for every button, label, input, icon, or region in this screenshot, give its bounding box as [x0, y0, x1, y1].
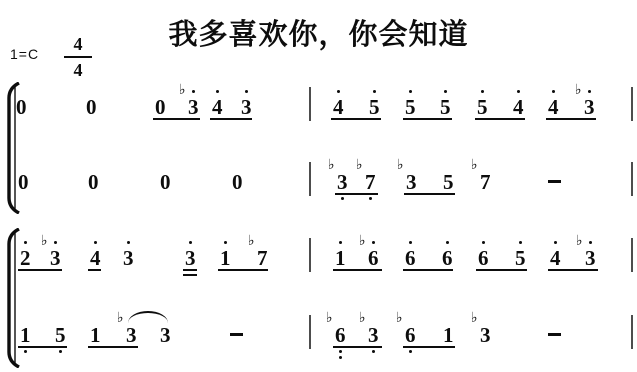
beam-underline [153, 118, 200, 120]
octave-dot-high [446, 241, 449, 244]
flat-sign-icon: ♭ [396, 311, 403, 325]
key-signature: 1=C [10, 46, 39, 62]
octave-dot-high [409, 241, 412, 244]
flat-sign-icon: ♭ [41, 234, 48, 248]
note: 1 [220, 247, 231, 269]
barline [309, 162, 311, 196]
flat-sign-icon: ♭ [471, 311, 478, 325]
beam-underline [183, 274, 197, 276]
octave-dot-high [54, 241, 57, 244]
note: 1 [335, 247, 346, 269]
octave-dot-low [409, 350, 412, 353]
note: 6 [478, 247, 489, 269]
note: 3 [406, 171, 417, 193]
flat-sign-icon: ♭ [117, 311, 124, 325]
song-title: 我多喜欢你，你会知道 [0, 12, 637, 53]
note: 3 [160, 324, 171, 346]
octave-dot-high [481, 90, 484, 93]
note: 3 [368, 324, 379, 346]
octave-dot-high [192, 90, 195, 93]
note: 1 [443, 324, 454, 346]
note: 3 [188, 96, 199, 118]
dash-extension [548, 333, 561, 336]
beam-underline [403, 118, 452, 120]
note: 7 [365, 171, 376, 193]
beam-underline [183, 269, 197, 271]
barline [631, 162, 633, 196]
flat-sign-icon: ♭ [326, 311, 333, 325]
note: 0 [155, 96, 166, 118]
beam-underline [546, 118, 596, 120]
flat-sign-icon: ♭ [575, 83, 582, 97]
beam-underline [218, 269, 268, 271]
octave-dot-high [554, 241, 557, 244]
note: 4 [550, 247, 561, 269]
octave-dot-low [369, 197, 372, 200]
octave-dot-high [519, 241, 522, 244]
octave-dot-high [589, 241, 592, 244]
note: 7 [480, 171, 491, 193]
octave-dot-high [127, 241, 130, 244]
barline [631, 238, 633, 272]
barline [631, 87, 633, 121]
beam-underline [333, 346, 382, 348]
beam-underline [88, 346, 138, 348]
note: 5 [405, 96, 416, 118]
dash-extension [230, 333, 243, 336]
octave-dot-high [24, 241, 27, 244]
beam-underline [210, 118, 252, 120]
note: 3 [584, 96, 595, 118]
beam-underline [403, 269, 453, 271]
note: 5 [515, 247, 526, 269]
octave-dot-high [189, 241, 192, 244]
beam-underline [476, 269, 527, 271]
note: 6 [405, 247, 416, 269]
flat-sign-icon: ♭ [328, 158, 335, 172]
barline [309, 238, 311, 272]
barline [631, 315, 633, 349]
octave-dot-low [372, 350, 375, 353]
flat-sign-icon: ♭ [179, 83, 186, 97]
octave-dot-high [482, 241, 485, 244]
note: 4 [212, 96, 223, 118]
beam-underline [475, 118, 525, 120]
note: 3 [480, 324, 491, 346]
note: 0 [232, 171, 243, 193]
barline [309, 87, 311, 121]
octave-dot-high [94, 241, 97, 244]
octave-dot-low [24, 350, 27, 353]
octave-dot-high [588, 90, 591, 93]
beam-underline [548, 269, 598, 271]
note: 6 [335, 324, 346, 346]
note: 6 [405, 324, 416, 346]
octave-dot-high [224, 241, 227, 244]
time-signature-numerator: 4 [64, 33, 92, 58]
note: 3 [241, 96, 252, 118]
octave-dot-low [339, 356, 342, 359]
octave-dot-high [339, 241, 342, 244]
octave-dot-high [517, 90, 520, 93]
system-bracket-icon [2, 228, 22, 368]
flat-sign-icon: ♭ [248, 234, 255, 248]
note: 6 [368, 247, 379, 269]
flat-sign-icon: ♭ [576, 234, 583, 248]
flat-sign-icon: ♭ [359, 311, 366, 325]
beam-underline [335, 193, 378, 195]
note: 3 [123, 247, 134, 269]
note: 4 [333, 96, 344, 118]
note: 0 [160, 171, 171, 193]
octave-dot-high [552, 90, 555, 93]
note: 4 [513, 96, 524, 118]
note: 4 [548, 96, 559, 118]
octave-dot-low [59, 350, 62, 353]
note: 0 [88, 171, 99, 193]
note: 3 [585, 247, 596, 269]
note: 6 [442, 247, 453, 269]
note: 5 [477, 96, 488, 118]
note: 3 [337, 171, 348, 193]
octave-dot-low [341, 197, 344, 200]
note: 5 [55, 324, 66, 346]
dash-extension [548, 180, 561, 183]
octave-dot-high [245, 90, 248, 93]
note: 3 [50, 247, 61, 269]
note: 4 [90, 247, 101, 269]
octave-dot-high [409, 90, 412, 93]
system-bracket-icon [2, 82, 22, 214]
octave-dot-high [444, 90, 447, 93]
note: 5 [443, 171, 454, 193]
octave-dot-high [337, 90, 340, 93]
tie-arc [128, 311, 168, 323]
beam-underline [403, 346, 455, 348]
note: 3 [126, 324, 137, 346]
flat-sign-icon: ♭ [356, 158, 363, 172]
beam-underline [333, 269, 382, 271]
note: 3 [185, 247, 196, 269]
beam-underline [18, 269, 62, 271]
time-signature-denominator: 4 [64, 58, 92, 81]
octave-dot-low [339, 350, 342, 353]
note: 5 [369, 96, 380, 118]
octave-dot-high [373, 90, 376, 93]
time-signature: 4 4 [64, 33, 92, 81]
beam-underline [88, 269, 101, 271]
beam-underline [18, 346, 67, 348]
note: 7 [257, 247, 268, 269]
sheet-music-page: 我多喜欢你，你会知道 1=C 4 4 0003♭4345555443♭00003… [0, 0, 637, 372]
octave-dot-high [372, 241, 375, 244]
note: 5 [440, 96, 451, 118]
barline [309, 315, 311, 349]
beam-underline [331, 118, 381, 120]
flat-sign-icon: ♭ [471, 158, 478, 172]
flat-sign-icon: ♭ [397, 158, 404, 172]
octave-dot-high [216, 90, 219, 93]
note: 0 [86, 96, 97, 118]
flat-sign-icon: ♭ [359, 234, 366, 248]
beam-underline [404, 193, 455, 195]
note: 1 [90, 324, 101, 346]
